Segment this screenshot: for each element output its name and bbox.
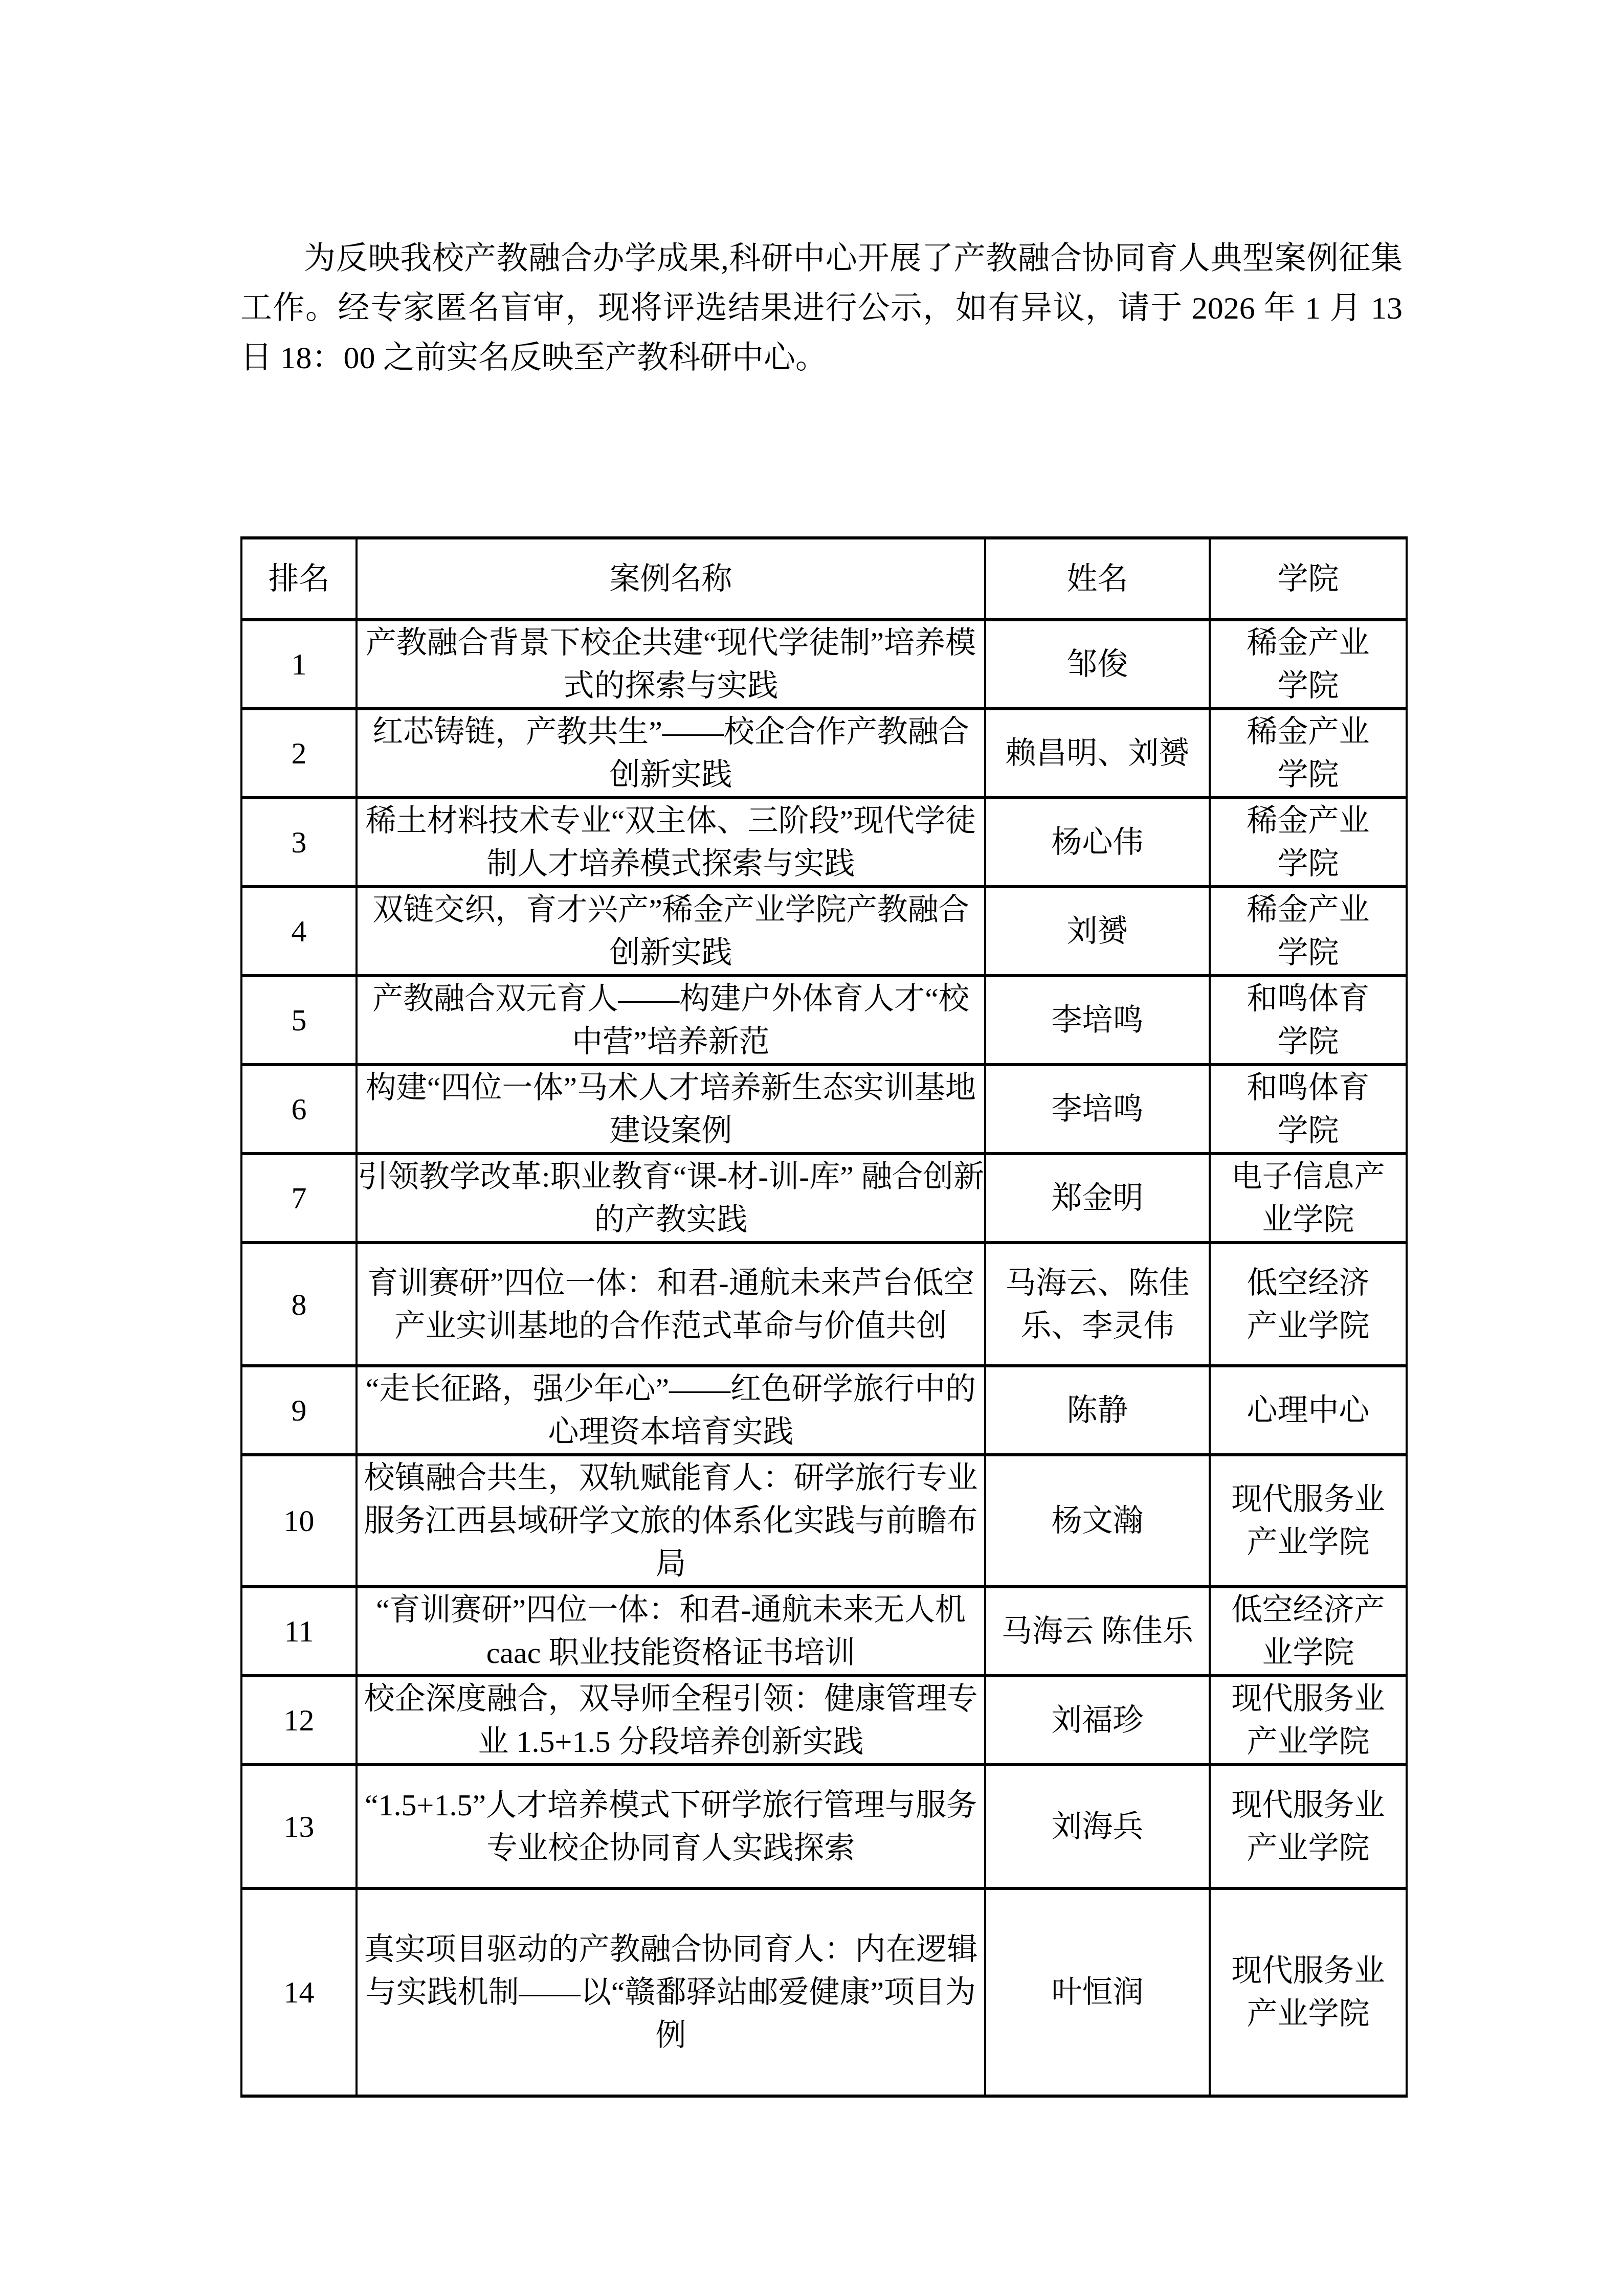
- case-name-cell: 产教融合背景下校企共建“现代学徒制”培养模式的探索与实践: [357, 620, 985, 709]
- case-name-cell: 育训赛研”四位一体：和君-通航未来芦台低空产业实训基地的合作范式革命与价值共创: [357, 1243, 985, 1366]
- case-name-cell: 稀土材料技术专业“双主体、三阶段”现代学徒制人才培养模式探索与实践: [357, 798, 985, 887]
- table-row: 9 “走长征路，强少年心”——红色研学旅行中的心理资本培育实践 陈静 心理中心: [241, 1366, 1407, 1455]
- results-table: 排名 案例名称 姓名 学院 1 产教融合背景下校企共建“现代学徒制”培养模式的探…: [240, 536, 1408, 2098]
- document-page: 为反映我校产教融合办学成果,科研中心开展了产教融合协同育人典型案例征集工作。经专…: [0, 0, 1624, 2296]
- name-cell: 马海云 陈佳乐: [985, 1587, 1210, 1676]
- table-row: 4 双链交织，育才兴产”稀金产业学院产教融合创新实践 刘赟 稀金产业 学院: [241, 887, 1407, 976]
- rank-cell: 4: [241, 887, 357, 976]
- table-row: 6 构建“四位一体”马术人才培养新生态实训基地建设案例 李培鸣 和鸣体育 学院: [241, 1065, 1407, 1154]
- name-cell: 李培鸣: [985, 1065, 1210, 1154]
- college-cell: 稀金产业 学院: [1210, 798, 1407, 887]
- college-cell: 低空经济 产业学院: [1210, 1243, 1407, 1366]
- rank-cell: 7: [241, 1154, 357, 1243]
- rank-cell: 10: [241, 1455, 357, 1587]
- case-name-cell: “1.5+1.5”人才培养模式下研学旅行管理与服务专业校企协同育人实践探索: [357, 1765, 985, 1888]
- college-cell: 心理中心: [1210, 1366, 1407, 1455]
- rank-cell: 9: [241, 1366, 357, 1455]
- college-cell: 稀金产业 学院: [1210, 709, 1407, 798]
- rank-cell: 1: [241, 620, 357, 709]
- name-cell: 陈静: [985, 1366, 1210, 1455]
- rank-cell: 2: [241, 709, 357, 798]
- college-cell: 现代服务业 产业学院: [1210, 1455, 1407, 1587]
- rank-cell: 11: [241, 1587, 357, 1676]
- case-name-cell: 红芯铸链，产教共生”——校企合作产教融合创新实践: [357, 709, 985, 798]
- table-row: 10 校镇融合共生，双轨赋能育人：研学旅行专业服务江西县域研学文旅的体系化实践与…: [241, 1455, 1407, 1587]
- name-cell: 杨文瀚: [985, 1455, 1210, 1587]
- college-cell: 稀金产业 学院: [1210, 620, 1407, 709]
- case-name-cell: 构建“四位一体”马术人才培养新生态实训基地建设案例: [357, 1065, 985, 1154]
- header-case-name: 案例名称: [357, 538, 985, 620]
- college-cell: 现代服务业 产业学院: [1210, 1888, 1407, 2096]
- rank-cell: 13: [241, 1765, 357, 1888]
- rank-cell: 14: [241, 1888, 357, 2096]
- case-name-cell: 校企深度融合，双导师全程引领：健康管理专业 1.5+1.5 分段培养创新实践: [357, 1676, 985, 1765]
- college-cell: 低空经济产 业学院: [1210, 1587, 1407, 1676]
- case-name-cell: 双链交织，育才兴产”稀金产业学院产教融合创新实践: [357, 887, 985, 976]
- case-name-cell: 校镇融合共生，双轨赋能育人：研学旅行专业服务江西县域研学文旅的体系化实践与前瞻布…: [357, 1455, 985, 1587]
- name-cell: 刘海兵: [985, 1765, 1210, 1888]
- table-row: 2 红芯铸链，产教共生”——校企合作产教融合创新实践 赖昌明、刘赟 稀金产业 学…: [241, 709, 1407, 798]
- table-row: 11 “育训赛研”四位一体：和君-通航未来无人机 caac 职业技能资格证书培训…: [241, 1587, 1407, 1676]
- college-cell: 稀金产业 学院: [1210, 887, 1407, 976]
- name-cell: 赖昌明、刘赟: [985, 709, 1210, 798]
- name-cell: 郑金明: [985, 1154, 1210, 1243]
- case-name-cell: 产教融合双元育人——构建户外体育人才“校中营”培养新范: [357, 976, 985, 1065]
- rank-cell: 5: [241, 976, 357, 1065]
- name-cell: 杨心伟: [985, 798, 1210, 887]
- table-row: 14 真实项目驱动的产教融合协同育人：内在逻辑与实践机制——以“赣鄱驿站邮爱健康…: [241, 1888, 1407, 2096]
- name-cell: 马海云、陈佳乐、李灵伟: [985, 1243, 1210, 1366]
- case-name-cell: “育训赛研”四位一体：和君-通航未来无人机 caac 职业技能资格证书培训: [357, 1587, 985, 1676]
- name-cell: 李培鸣: [985, 976, 1210, 1065]
- case-name-cell: “走长征路，强少年心”——红色研学旅行中的心理资本培育实践: [357, 1366, 985, 1455]
- table-header-row: 排名 案例名称 姓名 学院: [241, 538, 1407, 620]
- name-cell: 刘福珍: [985, 1676, 1210, 1765]
- college-cell: 和鸣体育 学院: [1210, 976, 1407, 1065]
- case-name-cell: 引领教学改革:职业教育“课‐材‐训‐库” 融合创新的产教实践: [357, 1154, 985, 1243]
- rank-cell: 6: [241, 1065, 357, 1154]
- table-row: 13 “1.5+1.5”人才培养模式下研学旅行管理与服务专业校企协同育人实践探索…: [241, 1765, 1407, 1888]
- table-row: 8 育训赛研”四位一体：和君-通航未来芦台低空产业实训基地的合作范式革命与价值共…: [241, 1243, 1407, 1366]
- intro-paragraph: 为反映我校产教融合办学成果,科研中心开展了产教融合协同育人典型案例征集工作。经专…: [240, 234, 1403, 383]
- rank-cell: 8: [241, 1243, 357, 1366]
- table-row: 7 引领教学改革:职业教育“课‐材‐训‐库” 融合创新的产教实践 郑金明 电子信…: [241, 1154, 1407, 1243]
- table-row: 5 产教融合双元育人——构建户外体育人才“校中营”培养新范 李培鸣 和鸣体育 学…: [241, 976, 1407, 1065]
- college-cell: 现代服务业 产业学院: [1210, 1676, 1407, 1765]
- table-row: 1 产教融合背景下校企共建“现代学徒制”培养模式的探索与实践 邹俊 稀金产业 学…: [241, 620, 1407, 709]
- rank-cell: 3: [241, 798, 357, 887]
- header-rank: 排名: [241, 538, 357, 620]
- college-cell: 电子信息产 业学院: [1210, 1154, 1407, 1243]
- name-cell: 刘赟: [985, 887, 1210, 976]
- rank-cell: 12: [241, 1676, 357, 1765]
- table-row: 3 稀土材料技术专业“双主体、三阶段”现代学徒制人才培养模式探索与实践 杨心伟 …: [241, 798, 1407, 887]
- header-name: 姓名: [985, 538, 1210, 620]
- name-cell: 邹俊: [985, 620, 1210, 709]
- case-name-cell: 真实项目驱动的产教融合协同育人：内在逻辑与实践机制——以“赣鄱驿站邮爱健康”项目…: [357, 1888, 985, 2096]
- table-row: 12 校企深度融合，双导师全程引领：健康管理专业 1.5+1.5 分段培养创新实…: [241, 1676, 1407, 1765]
- name-cell: 叶恒润: [985, 1888, 1210, 2096]
- college-cell: 和鸣体育 学院: [1210, 1065, 1407, 1154]
- college-cell: 现代服务业 产业学院: [1210, 1765, 1407, 1888]
- header-college: 学院: [1210, 538, 1407, 620]
